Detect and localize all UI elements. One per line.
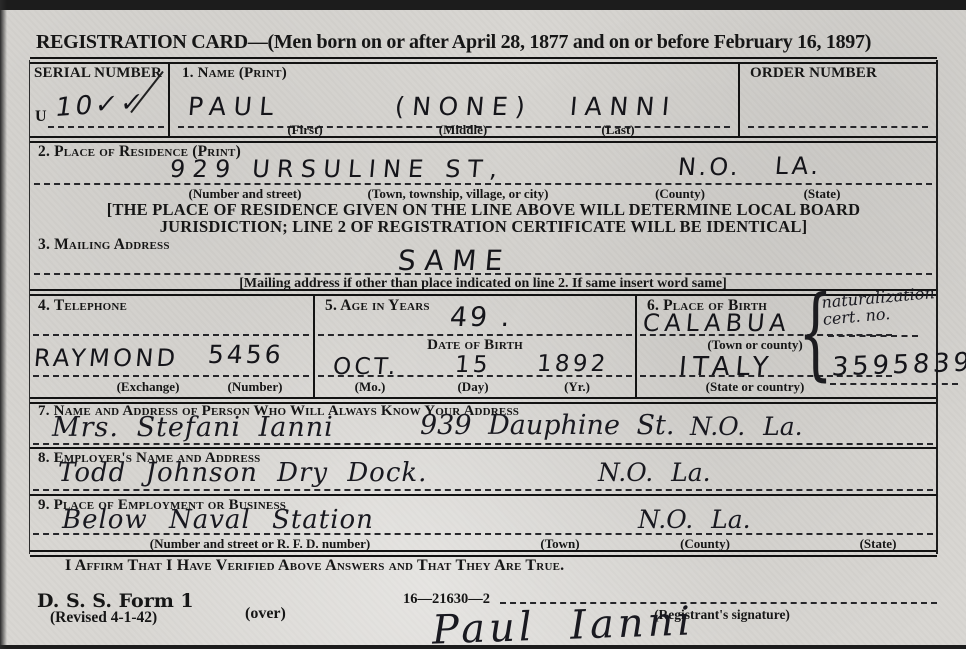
residence-street-handwriting: 929 URSULINE ST, <box>169 155 506 183</box>
age-cell: 5. Age in Years 49 . Date of Birth OCT. … <box>315 294 635 397</box>
margin-brace: { <box>798 283 833 383</box>
age-value-handwriting: 49 . <box>449 302 514 333</box>
jurisdiction-notice-line1: [THE PLACE OF RESIDENCE GIVEN ON THE LIN… <box>30 201 937 218</box>
employment-state-caption: (State) <box>860 536 897 552</box>
employment-section: 9. Place of Employment or Business Below… <box>30 496 937 550</box>
serial-number-cell: SERIAL NUMBER U 10✓✓ <box>30 62 168 136</box>
employer-section: 8. Employer's Name and Address Todd John… <box>30 449 937 496</box>
age-label: 5. Age in Years <box>325 297 430 315</box>
card-title-subtitle: (Men born on or after April 28, 1877 and… <box>268 31 872 53</box>
jurisdiction-notice: [THE PLACE OF RESIDENCE GIVEN ON THE LIN… <box>30 201 937 235</box>
dob-write-line <box>318 375 632 377</box>
employment-write-line <box>33 533 933 535</box>
employment-place-handwriting: Below Naval Station <box>62 505 374 535</box>
employment-county-caption: (County) <box>680 536 730 552</box>
name-last-handwriting: IANNI <box>569 92 678 121</box>
employment-city-handwriting: N.O. La. <box>638 505 751 534</box>
name-label: 1. Name (Print) <box>182 65 287 82</box>
registrant-signature-handwriting: Paul Ianni <box>431 598 695 649</box>
order-write-line <box>748 126 928 128</box>
card-title-main: REGISTRATION CARD— <box>36 31 268 53</box>
telephone-label: 4. Telephone <box>38 297 127 315</box>
order-number-cell: ORDER NUMBER <box>740 62 937 136</box>
registration-card-scan: REGISTRATION CARD—(Men born on or after … <box>0 0 966 649</box>
employer-write-line <box>33 489 933 491</box>
contact-name-handwriting: Mrs. Stefani Ianni <box>52 412 334 443</box>
employment-town-caption: (Town) <box>540 536 579 552</box>
employment-street-caption: (Number and street or R. F. D. number) <box>150 536 371 552</box>
telephone-exchange-handwriting: RAYMOND <box>33 344 180 372</box>
birth-town-caption: (Town or county) <box>707 337 802 353</box>
cert-number-handwriting: 3595839 <box>831 348 966 383</box>
employer-city-handwriting: N.O. La. <box>598 458 711 487</box>
telephone-exchange-caption: (Exchange) <box>117 379 180 395</box>
last-caption: (Last) <box>601 122 634 138</box>
affirmation-text: I Affirm That I Have Verified Above Answ… <box>65 557 564 575</box>
scan-top-edge <box>0 0 966 10</box>
name-first-handwriting: PAUL <box>187 92 282 121</box>
dob-year-handwriting: 1892 <box>536 351 610 377</box>
name-middle-handwriting: (NONE) <box>394 92 534 121</box>
serial-write-line <box>48 126 164 128</box>
serial-value-handwriting: 10✓✓ <box>53 87 148 123</box>
row-serial-name-order: SERIAL NUMBER U 10✓✓ 1. Name (Print) PAU… <box>30 62 937 136</box>
middle-caption: (Middle) <box>439 122 487 138</box>
age-upper-line <box>318 334 632 336</box>
contact-street-handwriting: 939 Dauphine St. <box>420 410 674 441</box>
residence-section: 2. Place of Residence (Print) 929 URSULI… <box>30 141 937 200</box>
dob-year-caption: (Yr.) <box>564 379 590 395</box>
first-caption: (First) <box>287 122 322 138</box>
name-cell: 1. Name (Print) PAUL (NONE) IANNI (First… <box>170 62 738 136</box>
jurisdiction-notice-line2: JURISDICTION; LINE 2 OF REGISTRATION CER… <box>30 218 937 235</box>
birth-town-handwriting: CALABUA <box>642 309 792 337</box>
telephone-cell: 4. Telephone RAYMOND 5456 (Exchange) (Nu… <box>30 294 313 397</box>
mailing-caption: [Mailing address if other than place ind… <box>239 276 727 292</box>
telephone-number-caption: (Number) <box>228 379 283 395</box>
serial-prefix: U <box>35 108 47 126</box>
over-note: (over) <box>245 605 286 623</box>
telephone-write-line <box>33 375 309 377</box>
telephone-upper-line <box>33 334 309 336</box>
contact-section: 7. Name and Address of Person Who Will A… <box>30 402 937 449</box>
dob-day-caption: (Day) <box>457 379 488 395</box>
contact-city-handwriting: N.O. La. <box>690 412 803 441</box>
telephone-number-handwriting: 5456 <box>207 340 285 369</box>
dob-month-caption: (Mo.) <box>355 379 386 395</box>
employer-name-handwriting: Todd Johnson Dry Dock. <box>58 458 427 488</box>
residence-state-handwriting: LA. <box>774 152 823 180</box>
birth-country-caption: (State or country) <box>706 379 805 395</box>
order-number-label: ORDER NUMBER <box>750 65 877 82</box>
scan-left-edge <box>0 0 7 649</box>
cert-number-underline <box>830 383 958 385</box>
birth-country-handwriting: ITALY <box>678 352 775 382</box>
card-title: REGISTRATION CARD—(Men born on or after … <box>36 31 871 54</box>
mailing-label: 3. Mailing Address <box>38 236 170 254</box>
serial-number-label: SERIAL NUMBER <box>34 65 162 82</box>
residence-write-line <box>34 183 932 185</box>
residence-city-handwriting: N.O. <box>677 153 742 181</box>
margin-note-underline <box>828 335 918 337</box>
form-revision: (Revised 4-1-42) <box>50 609 157 627</box>
contact-write-line <box>33 443 933 445</box>
